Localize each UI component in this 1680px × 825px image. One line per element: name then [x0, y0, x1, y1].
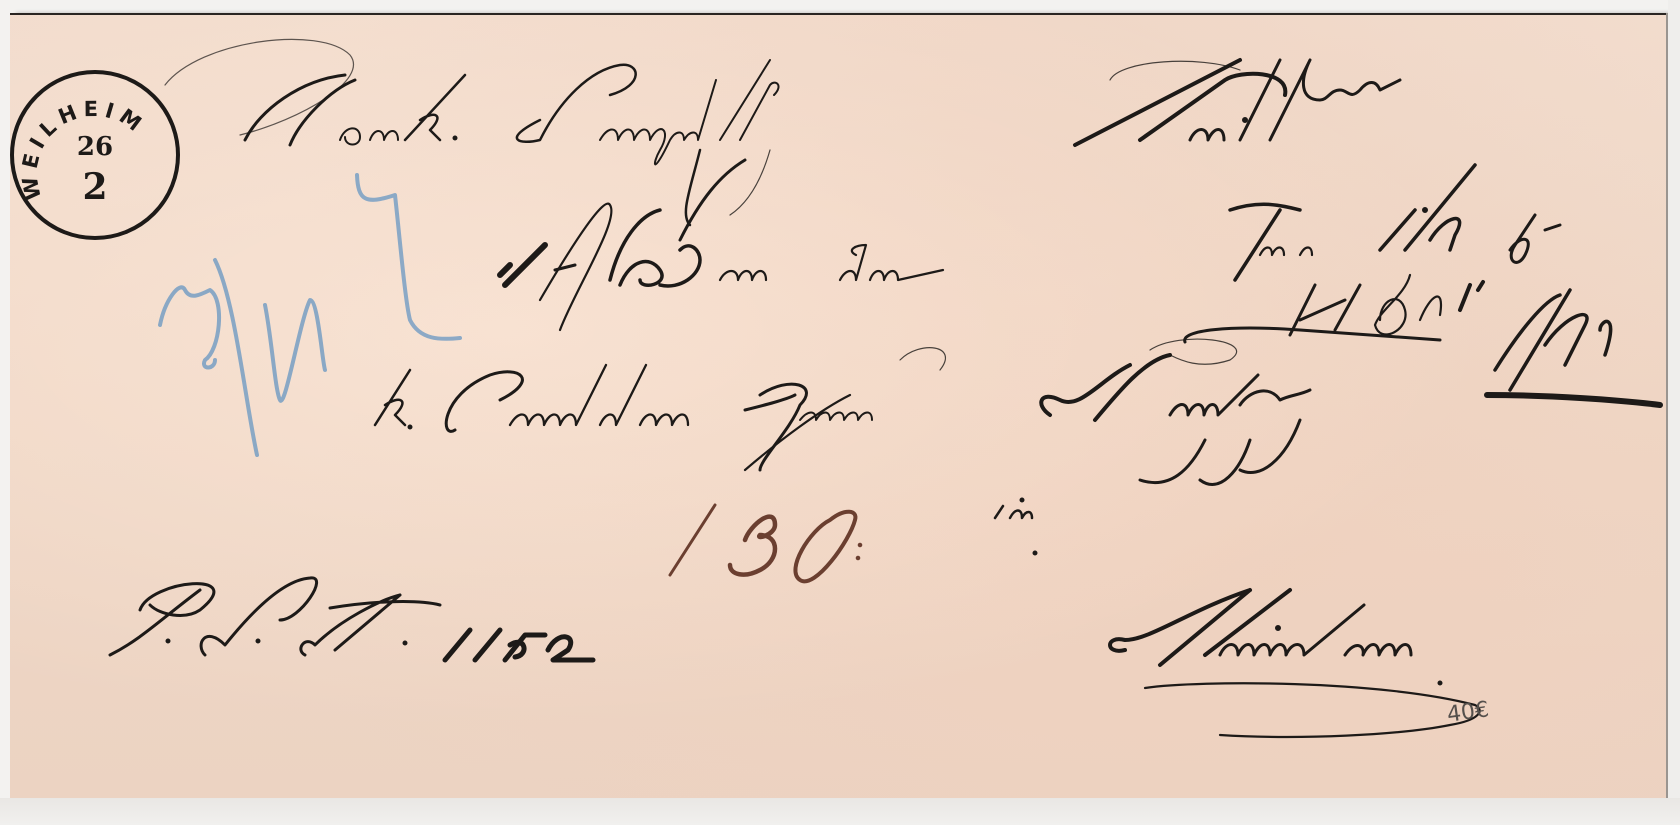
right-annotation-line2: No. 801 [1285, 280, 1453, 329]
right-annotation-side: Postfr. [1490, 300, 1644, 356]
charge-line: 1 f. 42 an den [500, 225, 847, 283]
right-annotation-line1: Zu 1 fl. 54 [1230, 190, 1479, 246]
in-word: in [990, 490, 1015, 520]
recipient-line: k. Advokaten Herrn Freytag [370, 365, 1141, 428]
destination: München [1120, 590, 1405, 660]
red-number: 130 [665, 505, 780, 575]
sender-line: Vom k. Landgericht Weilheim [240, 80, 1135, 150]
blue-crayon-mark: 3/m 2 [150, 260, 380, 353]
reference-number: P. S. R. 1152 [105, 590, 434, 650]
